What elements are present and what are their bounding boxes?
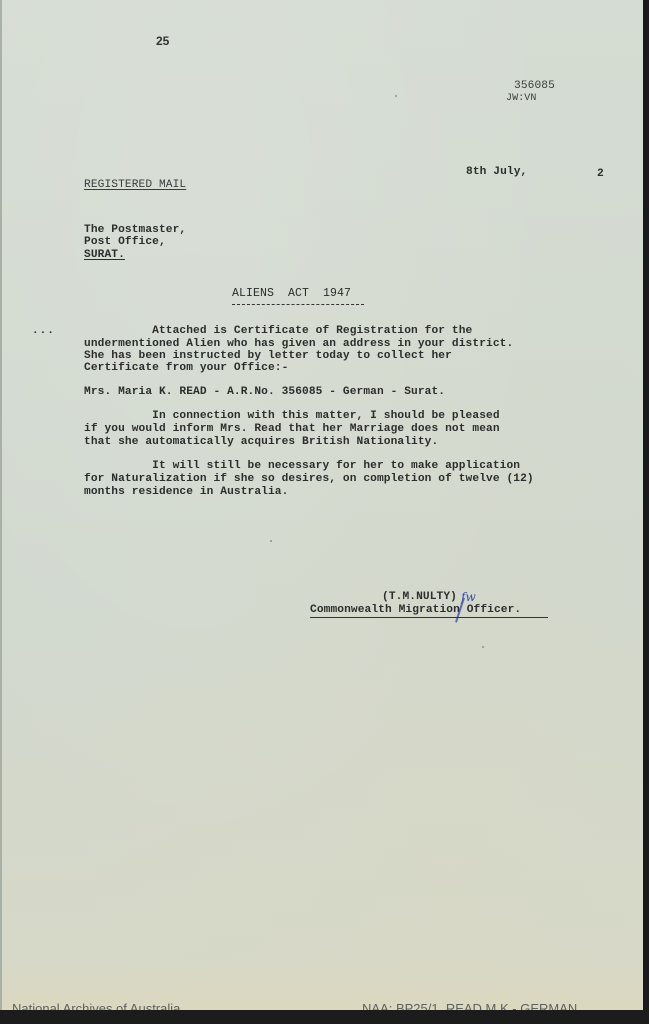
signatory-title: Commonwealth Migration Officer.: [310, 604, 521, 617]
paragraph-line: Attached is Certificate of Registration …: [84, 325, 472, 338]
reference-initials: JW:VN: [506, 92, 537, 105]
date-year-fragment: 2: [597, 168, 604, 181]
paragraph-line: Certificate from your Office:-: [84, 362, 288, 375]
paragraph-line: that she automatically acquires British …: [84, 436, 438, 449]
paragraph-line: In connection with this matter, I should…: [84, 410, 500, 423]
paragraph-line: It will still be necessary for her to ma…: [84, 460, 520, 473]
paper-speck: [482, 646, 484, 648]
signatory-name: (T.M.NULTY): [382, 591, 457, 604]
page-edge: [0, 0, 2, 1010]
paragraph-line: months residence in Australia.: [84, 486, 288, 499]
page-number: 25: [156, 34, 169, 48]
paper-speck: [270, 540, 272, 542]
document-heading: ALIENS ACT 1947: [232, 287, 351, 300]
paragraph-line: for Naturalization if she so desires, on…: [84, 473, 534, 486]
subject-line: Mrs. Maria K. READ - A.R.No. 356085 - Ge…: [84, 386, 445, 399]
addressee-line: Post Office,: [84, 236, 166, 249]
signature-underline: [310, 617, 548, 618]
paper-speck: [395, 95, 397, 97]
heading-underline: [232, 304, 364, 305]
paragraph-line: if you would inform Mrs. Read that her M…: [84, 423, 500, 436]
delivery-method: REGISTERED MAIL: [84, 179, 186, 192]
addressee-line: SURAT.: [84, 249, 125, 262]
margin-mark: ...: [32, 325, 55, 337]
document-page: 25 356085 JW:VN 8th July, 2 REGISTERED M…: [0, 0, 643, 1010]
scan-border: [0, 1010, 649, 1024]
letter-date: 8th July,: [466, 166, 527, 179]
